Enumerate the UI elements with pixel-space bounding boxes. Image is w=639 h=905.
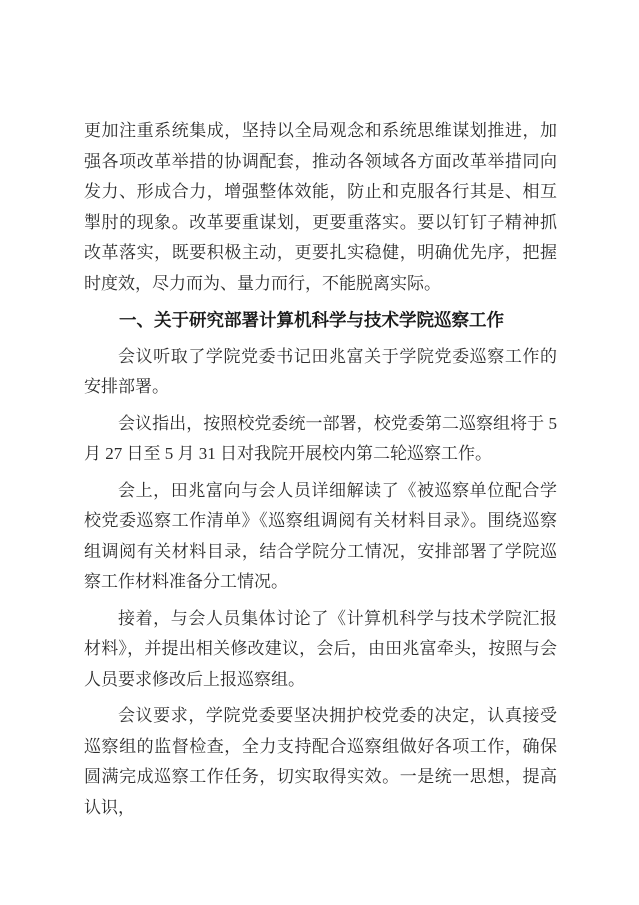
paragraph: 会议听取了学院党委书记田兆富关于学院党委巡察工作的安排部署。 xyxy=(84,342,557,403)
paragraph: 会上，田兆富向与会人员详细解读了《被巡察单位配合学校党委巡察工作清单》《巡察组调… xyxy=(84,476,557,598)
section-heading: 一、关于研究部署计算机科学与技术学院巡察工作 xyxy=(84,305,557,336)
document-page: 更加注重系统集成，坚持以全局观念和系统思维谋划推进，加强各项改革举措的协调配套，… xyxy=(0,0,639,905)
paragraph: 接着，与会人员集体讨论了《计算机科学与技术学院汇报材料》，并提出相关修改建议，会… xyxy=(84,604,557,696)
paragraph: 会议指出，按照校党委统一部署，校党委第二巡察组将于 5 月 27 日至 5 月 … xyxy=(84,409,557,470)
document-body: 更加注重系统集成，坚持以全局观念和系统思维谋划推进，加强各项改革举措的协调配套，… xyxy=(84,116,557,829)
paragraph-cut-off: 会议要求，学院党委要坚决拥护校党委的决定，认真接受巡察组的监督检查，全力支持配合… xyxy=(84,701,557,823)
paragraph-continuation: 更加注重系统集成，坚持以全局观念和系统思维谋划推进，加强各项改革举措的协调配套，… xyxy=(84,116,557,299)
